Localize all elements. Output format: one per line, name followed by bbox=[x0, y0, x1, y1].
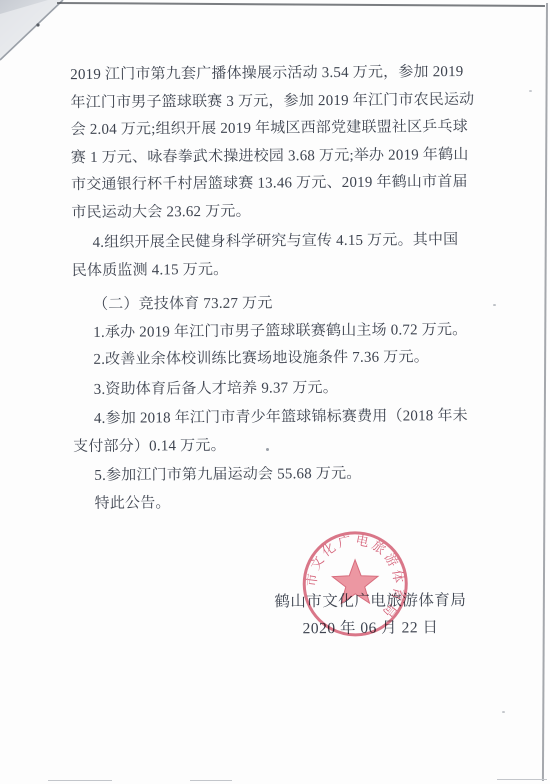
body-line: 2019 江门市第九套广播体操展示活动 3.54 万元，参加 2019 bbox=[70, 59, 472, 90]
seal-star-icon bbox=[332, 560, 378, 604]
body-line: 特此公告。 bbox=[73, 487, 475, 518]
body-line: 市民运动大会 23.62 万元。 bbox=[71, 196, 473, 227]
body-line: 赛 1 万元、咏春拳武术操进校园 3.68 万元;举办 2019 年鹤山 bbox=[71, 141, 473, 172]
body-line: 5.参加江门市第九届运动会 55.68 万元。 bbox=[73, 460, 475, 491]
body-line: 4.参加 2018 年江门市青少年篮球锦标赛费用（2018 年未 bbox=[73, 403, 475, 434]
scanned-document-page: 2019 江门市第九套广播体操展示活动 3.54 万元，参加 2019年江门市男… bbox=[0, 0, 550, 784]
document-body: 2019 江门市第九套广播体操展示活动 3.54 万元，参加 2019年江门市男… bbox=[70, 59, 476, 518]
body-line: 会 2.04 万元;组织开展 2019 年城区西部党建联盟社区乒乓球 bbox=[71, 114, 473, 145]
body-line: 民体质监测 4.15 万元。 bbox=[72, 254, 474, 285]
body-line: 1.承办 2019 年江门市男子篮球联赛鹤山主场 0.72 万元。 bbox=[72, 316, 474, 347]
body-line: 2.改善业余体校训练比赛场地设施条件 7.36 万元。 bbox=[72, 344, 474, 375]
document-content: 2019 江门市第九套广播体操展示活动 3.54 万元，参加 2019年江门市男… bbox=[0, 0, 550, 784]
body-line: 市交通银行杯千村居篮球赛 13.46 万元、2019 年鹤山市首届 bbox=[71, 169, 473, 200]
body-line: 3.资助体育后备人才培养 9.37 万元。 bbox=[73, 373, 475, 404]
body-line: 年江门市男子篮球联赛 3 万元，参加 2019 年江门市农民运动 bbox=[70, 86, 472, 117]
body-line: 支付部分）0.14 万元。 bbox=[73, 430, 475, 461]
body-line: （二）竞技体育 73.27 万元 bbox=[72, 289, 474, 320]
body-line: 4.组织开展全民健身科学研究与宣传 4.15 万元。其中国 bbox=[71, 227, 473, 258]
official-seal-stamp: 鹤山市文化广电旅游体育局 bbox=[295, 523, 416, 644]
